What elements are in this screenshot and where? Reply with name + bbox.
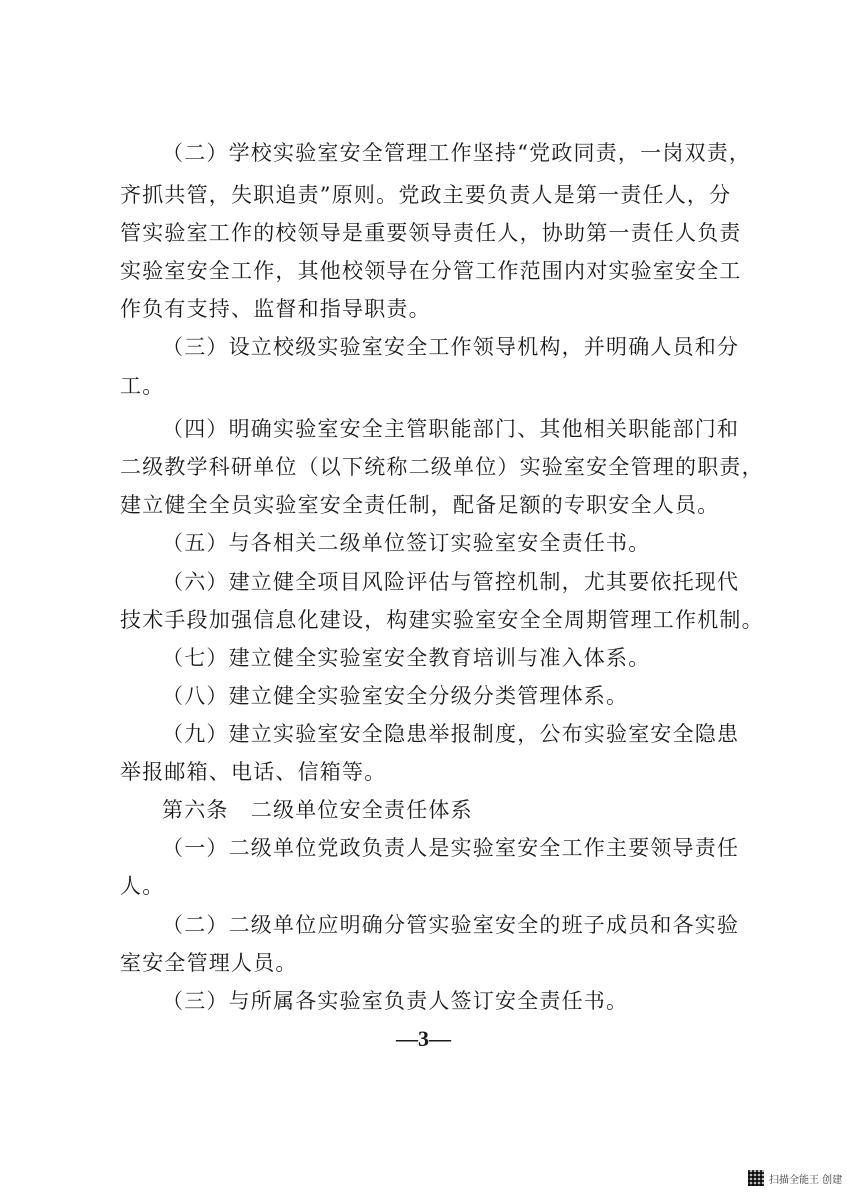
text-line: （四）明确实验室安全主管职能部门、其他相关职能部门和 — [162, 414, 730, 444]
text-line: 管实验室工作的校领导是重要领导责任人，协助第一责任人负责 — [120, 218, 730, 248]
text-line: （五）与各相关二级单位签订实验室安全责任书。 — [162, 528, 730, 558]
text-line: （三）设立校级实验室安全工作领导机构，并明确人员和分 — [162, 332, 730, 362]
text-line: 人。 — [120, 871, 730, 901]
text-line: 作负有支持、监督和指导职责。 — [120, 294, 730, 324]
text-line: （一）二级单位党政负责人是实验室安全工作主要领导责任 — [162, 833, 730, 863]
text-line: 技术手段加强信息化建设，构建实验室安全全周期管理工作机制。 — [120, 605, 730, 635]
text-line: 实验室安全工作，其他校领导在分管工作范围内对实验室安全工 — [120, 256, 730, 286]
text-line: （二）学校实验室安全管理工作坚持“党政同责，一岗双责， — [162, 138, 730, 168]
text-line: （三）与所属各实验室负责人签订安全责任书。 — [162, 986, 730, 1016]
text-line: （六）建立健全项目风险评估与管控机制，尤其要依托现代 — [162, 567, 730, 597]
document-page: （二）学校实验室安全管理工作坚持“党政同责，一岗双责， 齐抓共管，失职追责”原则… — [0, 0, 847, 1198]
text-line: （二）二级单位应明确分管实验室安全的班子成员和各实验 — [162, 910, 730, 940]
section-heading: 第六条 二级单位安全责任体系 — [162, 795, 473, 825]
watermark-text: 扫描全能王 创建 — [769, 1171, 842, 1186]
scanner-watermark: 扫描全能王 创建 — [748, 1170, 842, 1186]
qr-code-icon — [748, 1170, 764, 1186]
text-line: （九）建立实验室安全隐患举报制度，公布实验室安全隐患 — [162, 719, 730, 749]
text-line: 齐抓共管，失职追责”原则。党政主要负责人是第一责任人，分 — [120, 180, 730, 210]
text-line: 工。 — [120, 371, 730, 401]
text-line: 二级教学科研单位（以下统称二级单位）实验室安全管理的职责， — [120, 452, 730, 482]
text-line: 建立健全全员实验室安全责任制，配备足额的专职安全人员。 — [120, 490, 730, 520]
text-line: 举报邮箱、电话、信箱等。 — [120, 757, 730, 787]
text-line: （七）建立健全实验室安全教育培训与准入体系。 — [162, 643, 730, 673]
text-line: 室安全管理人员。 — [120, 948, 730, 978]
text-line: （八）建立健全实验室安全分级分类管理体系。 — [162, 681, 730, 711]
page-number: —3— — [0, 1026, 847, 1052]
